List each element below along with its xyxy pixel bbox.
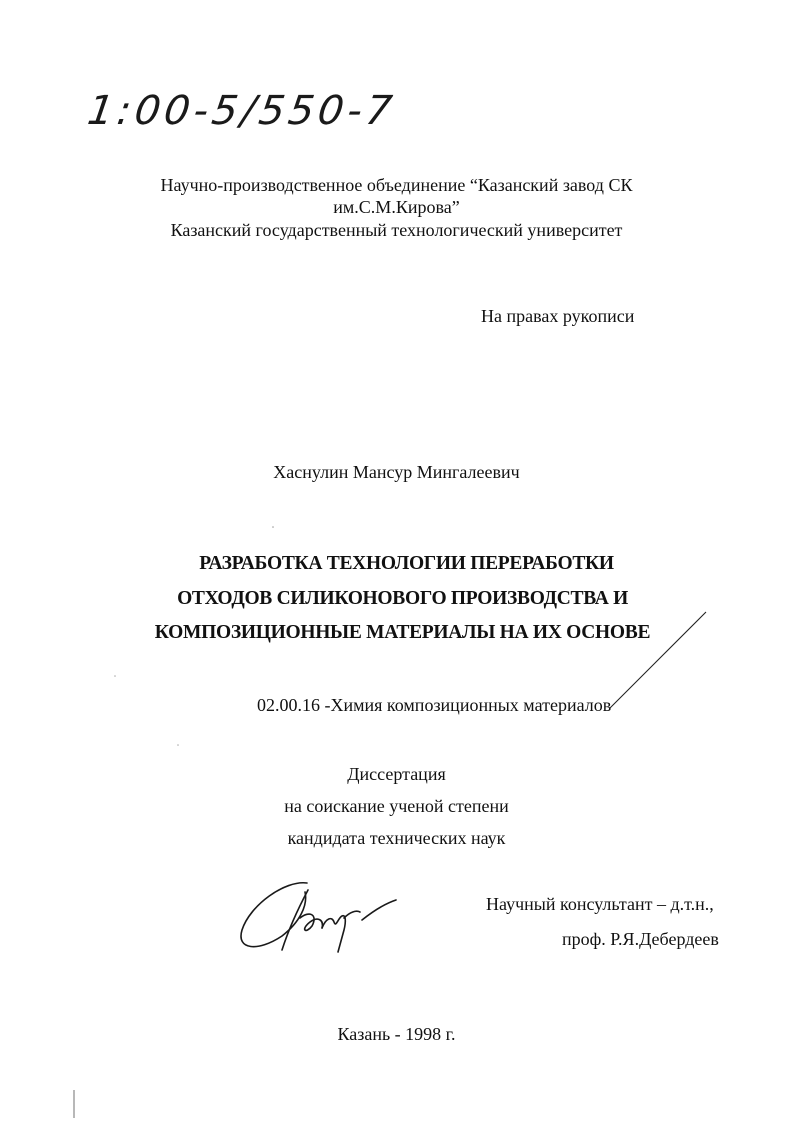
pen-marks: [0, 0, 793, 1122]
signature-icon: [241, 883, 396, 952]
diagonal-pen-stroke: [610, 612, 706, 708]
